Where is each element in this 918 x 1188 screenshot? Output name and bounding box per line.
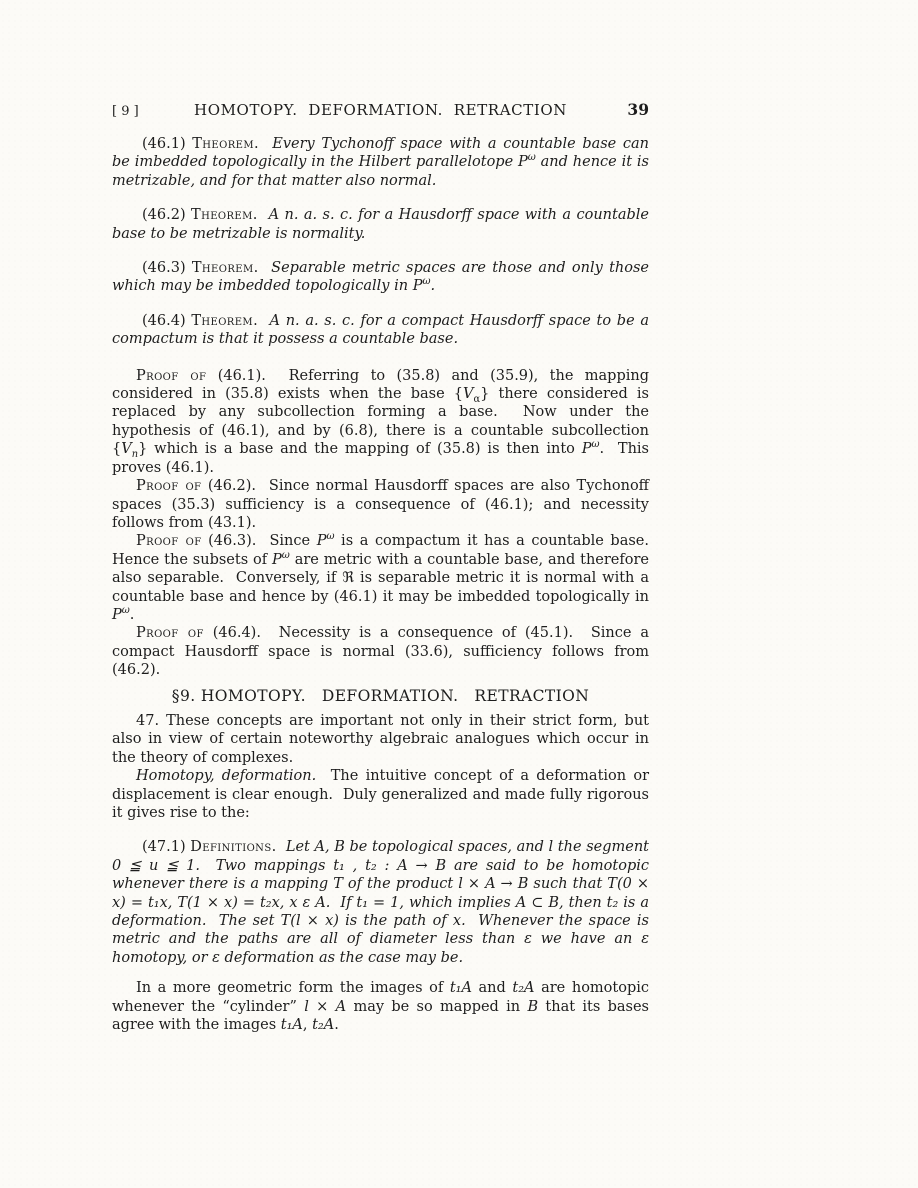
page-header: [ 9 ] HOMOTOPY. DEFORMATION. RETRACTION … [112, 100, 649, 119]
theorem-46-4: (46.4) Theorem. A n. a. s. c. for a comp… [112, 312, 649, 349]
paragraph-homotopy-deformation: Homotopy, deformation. The intuitive con… [112, 767, 649, 822]
book-page: [ 9 ] HOMOTOPY. DEFORMATION. RETRACTION … [0, 0, 918, 1188]
page-body: (46.1) Theorem. Every Tychonoff space wi… [112, 135, 649, 1034]
proof-46-4: Proof of (46.4). Necessity is a conseque… [112, 624, 649, 679]
section-heading: §9. HOMOTOPY. DEFORMATION. RETRACTION [112, 687, 649, 705]
theorem-46-1: (46.1) Theorem. Every Tychonoff space wi… [112, 135, 649, 190]
definitions-47-1: (47.1) Definitions. Let A, B be topologi… [112, 838, 649, 967]
proof-46-3: Proof of (46.3). Since Pω is a compactum… [112, 532, 649, 624]
text-block: [ 9 ] HOMOTOPY. DEFORMATION. RETRACTION … [112, 100, 649, 1034]
theorem-46-2: (46.2) Theorem. A n. a. s. c. for a Haus… [112, 206, 649, 243]
page-number: 39 [587, 100, 649, 119]
running-title: HOMOTOPY. DEFORMATION. RETRACTION [174, 101, 587, 119]
proof-46-2: Proof of (46.2). Since normal Hausdorff … [112, 477, 649, 532]
paragraph-geometric-form: In a more geometric form the images of t… [112, 979, 649, 1034]
section-ref: [ 9 ] [112, 104, 174, 119]
theorem-46-3: (46.3) Theorem. Separable metric spaces … [112, 259, 649, 296]
paragraph-47: 47. These concepts are important not onl… [112, 712, 649, 767]
proof-46-1: Proof of (46.1). Referring to (35.8) and… [112, 367, 649, 477]
